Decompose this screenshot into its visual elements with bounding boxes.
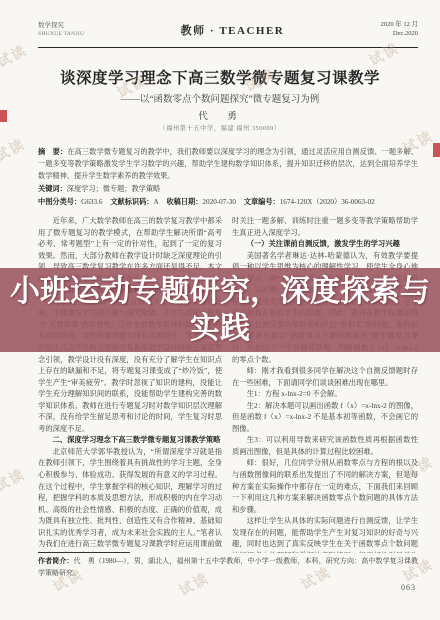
journal-section-title: 教师 · TEACHER: [181, 22, 285, 38]
paragraph: 时关注一题多解、训练时注重一题多变等教学策略帮助学生真正进入深度学习。: [232, 215, 418, 238]
paragraph: 北京师范大学郭华教授认为，“所谓深度学习就是指在教师引领下，学生围绕着具有挑战性…: [38, 446, 222, 553]
promo-banner-text: 小班运动专题研究，深度探索与实践: [0, 273, 440, 347]
paragraph: 这样让学生从具体的实际问题进行自测反馈，让学生发现存在的问题，能帮助学生产生对复…: [232, 515, 418, 553]
articleno-value: 1674-120X（2020）36-0063-02: [280, 198, 375, 206]
journal-page: 数学探究 SHUXUE TANJIU 教师 · TEACHER 2020 年 1…: [0, 0, 440, 620]
keywords-text: 深度学习；微专题；教学策略: [67, 185, 160, 193]
doccode-label: 文献标识码：: [110, 198, 153, 206]
author-bio-text: 代 勇（1980—），男，湖北人，福州第十五中学教师，中小学一级教师，本科，研究…: [38, 557, 418, 577]
received-value: 2020-07-30: [202, 198, 236, 206]
dialogue-student-2: 生2：解决本题可以画出函数 f（x）=x-lnx-2 的图像，但是函数 f（x）…: [232, 400, 418, 435]
section-heading-2: 二、深度学习理念下高三数学微专题复习课教学策略: [38, 434, 222, 446]
watermark-text: 试读: [0, 464, 29, 497]
red-seal-mark-left: [0, 110, 7, 122]
header-divider: [38, 47, 418, 48]
received-label: 收稿日期：: [166, 198, 202, 206]
dialogue-student-1: 生1：方程 x-lnx-2=0 不会解。: [232, 388, 418, 400]
abstract-block: 摘 要：在高三数学微专题复习的教学中，我们教师要以深度学习的理念为引领，通过灵活…: [38, 146, 418, 208]
abstract-text: 在高三数学微专题复习的教学中，我们教师要以深度学习的理念为引领，通过灵活应用自测…: [38, 148, 418, 180]
dialogue-teacher: 师：刚才我看到很多同学在解决这个自测反馈题时存在一些困难，下面请同学们谈谈困难出…: [232, 365, 418, 388]
keywords-line: 关键词：深度学习；微专题；教学策略: [38, 183, 418, 195]
footnote-divider: [38, 552, 130, 553]
journal-name-cn: 数学探究: [38, 22, 84, 30]
issue-date: 2020 年 12 月 Dec.2020: [381, 21, 418, 38]
doccode-value: A: [153, 198, 158, 206]
page-number: 063: [401, 583, 416, 592]
body-column-right: 时关注一题多解、训练时注重一题多变等教学策略帮助学生真正进入深度学习。 （一）关…: [232, 215, 418, 553]
promo-banner-overlay: 小班运动专题研究，深度探索与实践: [0, 268, 440, 352]
author-bio-footnote: 作者简介：代 勇（1980—），男，湖北人，福州第十五中学教师，中小学一级教师，…: [38, 556, 418, 579]
abstract-paragraph: 摘 要：在高三数学微专题复习的教学中，我们教师要以深度学习的理念为引领，通过灵活…: [38, 146, 418, 182]
journal-logo: 数学探究 SHUXUE TANJIU: [38, 22, 84, 38]
author-affiliation: （福州第十五中学，福建 福州 350009）: [0, 123, 440, 132]
body-column-left: 近年来，广大数学教师在高三的数学复习教学中都采用了微专题复习的教学模式，在帮助学…: [38, 215, 222, 553]
journal-name-en: SHUXUE TANJIU: [38, 30, 84, 38]
page-header: 数学探究 SHUXUE TANJIU 教师 · TEACHER 2020 年 1…: [38, 16, 418, 38]
watermark-text: 试读: [0, 134, 29, 167]
red-seal-mark-right: [433, 143, 440, 157]
meta-line: 中图分类号：G633.6 文献标识码：A 收稿日期：2020-07-30 文章编…: [38, 196, 418, 208]
dialogue-teacher: 师：很好，几位同学分别从函数零点与方程的根以及与函数图像间的联系出发提出了不同的…: [232, 457, 418, 515]
clc-value: G633.6: [81, 198, 102, 206]
author-bio-label: 作者简介：: [38, 557, 74, 565]
author-name: 代 勇: [0, 108, 440, 122]
subsection-heading-1: （一）关注课前自测反馈，激发学生的学习兴趣: [232, 238, 418, 250]
article-title: 谈深度学习理念下高三数学微专题复习课教学: [0, 66, 440, 88]
issue-date-en: Dec.2020: [381, 30, 418, 39]
abstract-label: 摘 要：: [38, 148, 67, 156]
article-subtitle: ——以“函数零点个数问题探究”微专题复习为例: [0, 91, 440, 105]
articleno-label: 文章编号：: [244, 198, 280, 206]
issue-date-cn: 2020 年 12 月: [381, 21, 418, 30]
keywords-label: 关键词：: [38, 185, 67, 193]
dialogue-student-3: 生3：可以利用导数来研究该函数性质再根据函数性质画出图像，但是具体的计算过程比较…: [232, 434, 418, 457]
clc-label: 中图分类号：: [38, 198, 81, 206]
